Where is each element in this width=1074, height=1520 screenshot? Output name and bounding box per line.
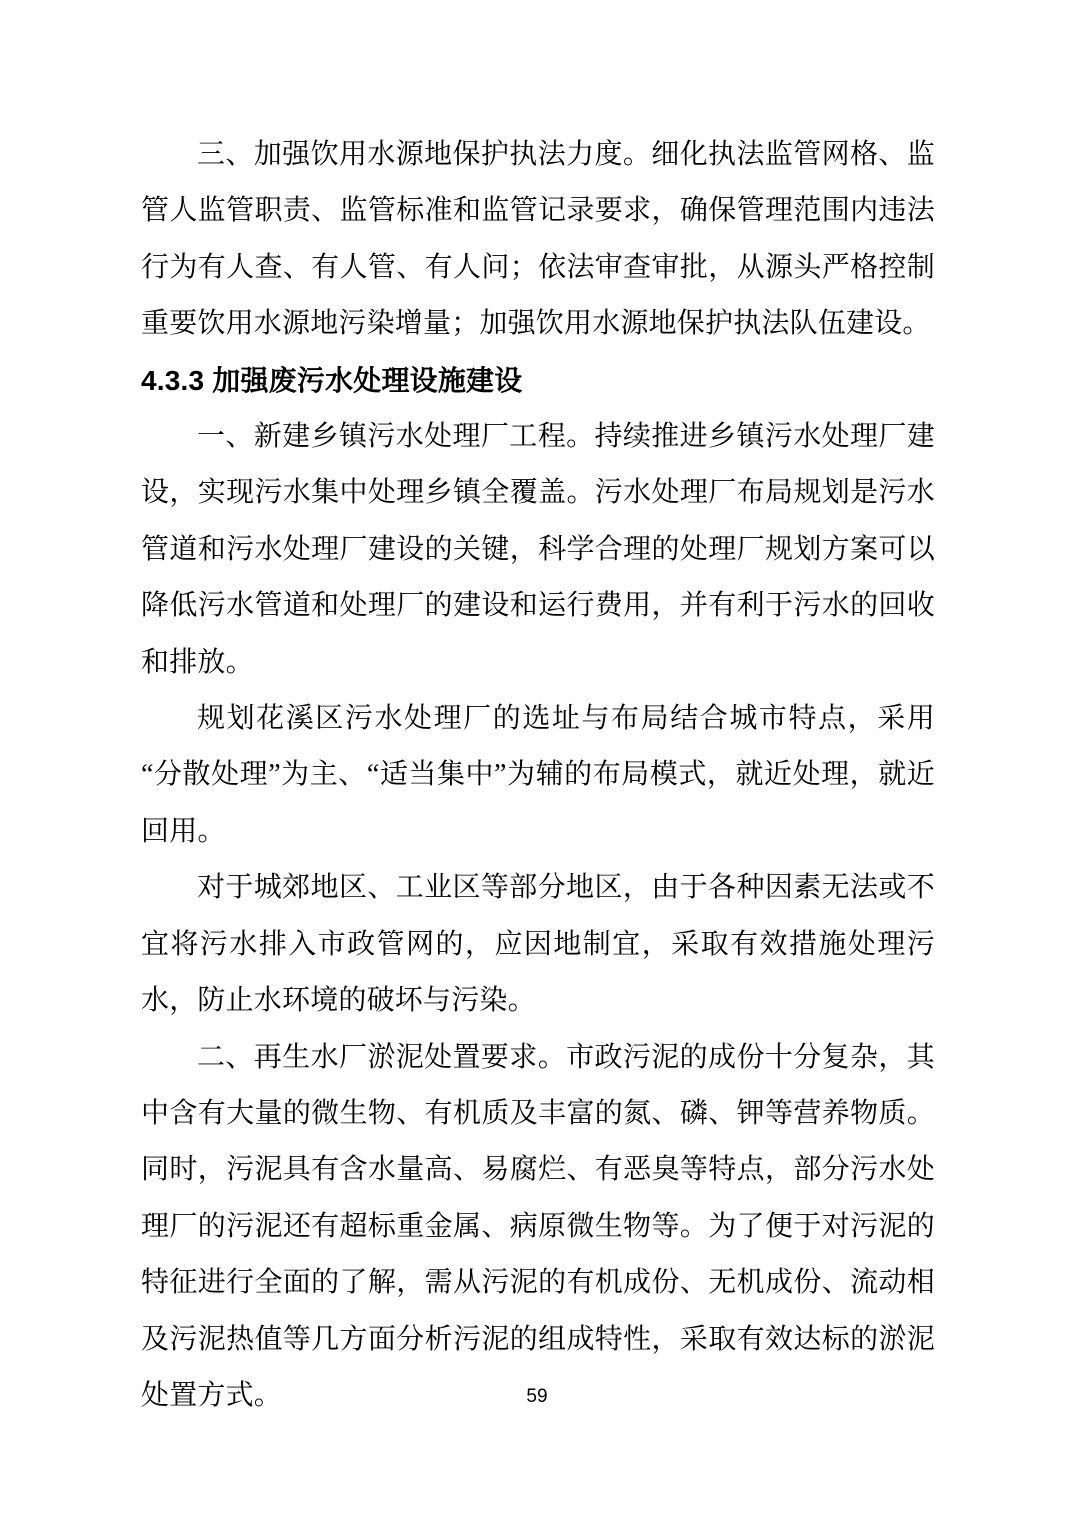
paragraph-sludge-disposal-requirements: 二、再生水厂淤泥处置要求。市政污泥的成份十分复杂，其中含有大量的微生物、有机质及… (141, 1030, 935, 1425)
paragraph-new-township-plants: 一、新建乡镇污水处理厂工程。持续推进乡镇污水处理厂建设，实现污水集中处理乡镇全覆… (141, 409, 935, 691)
paragraph-huaxi-plant-siting: 规划花溪区污水处理厂的选址与布局结合城市特点，采用“分散处理”为主、“适当集中”… (141, 691, 935, 860)
paragraph-drinking-water-enforcement: 三、加强饮用水源地保护执法力度。细化执法监管网格、监管人监管职责、监管标准和监管… (141, 127, 935, 353)
document-page: 三、加强饮用水源地保护执法力度。细化执法监管网格、监管人监管职责、监管标准和监管… (0, 0, 1074, 1520)
page-number: 59 (526, 1386, 547, 1407)
section-heading-4-3-3: 4.3.3 加强废污水处理设施建设 (141, 353, 935, 409)
document-body: 三、加强饮用水源地保护执法力度。细化执法监管网格、监管人监管职责、监管标准和监管… (141, 127, 935, 1424)
paragraph-suburban-industrial-areas: 对于城郊地区、工业区等部分地区，由于各种因素无法或不宜将污水排入市政管网的，应因… (141, 860, 935, 1029)
page-footer: 59 (0, 1385, 1074, 1409)
